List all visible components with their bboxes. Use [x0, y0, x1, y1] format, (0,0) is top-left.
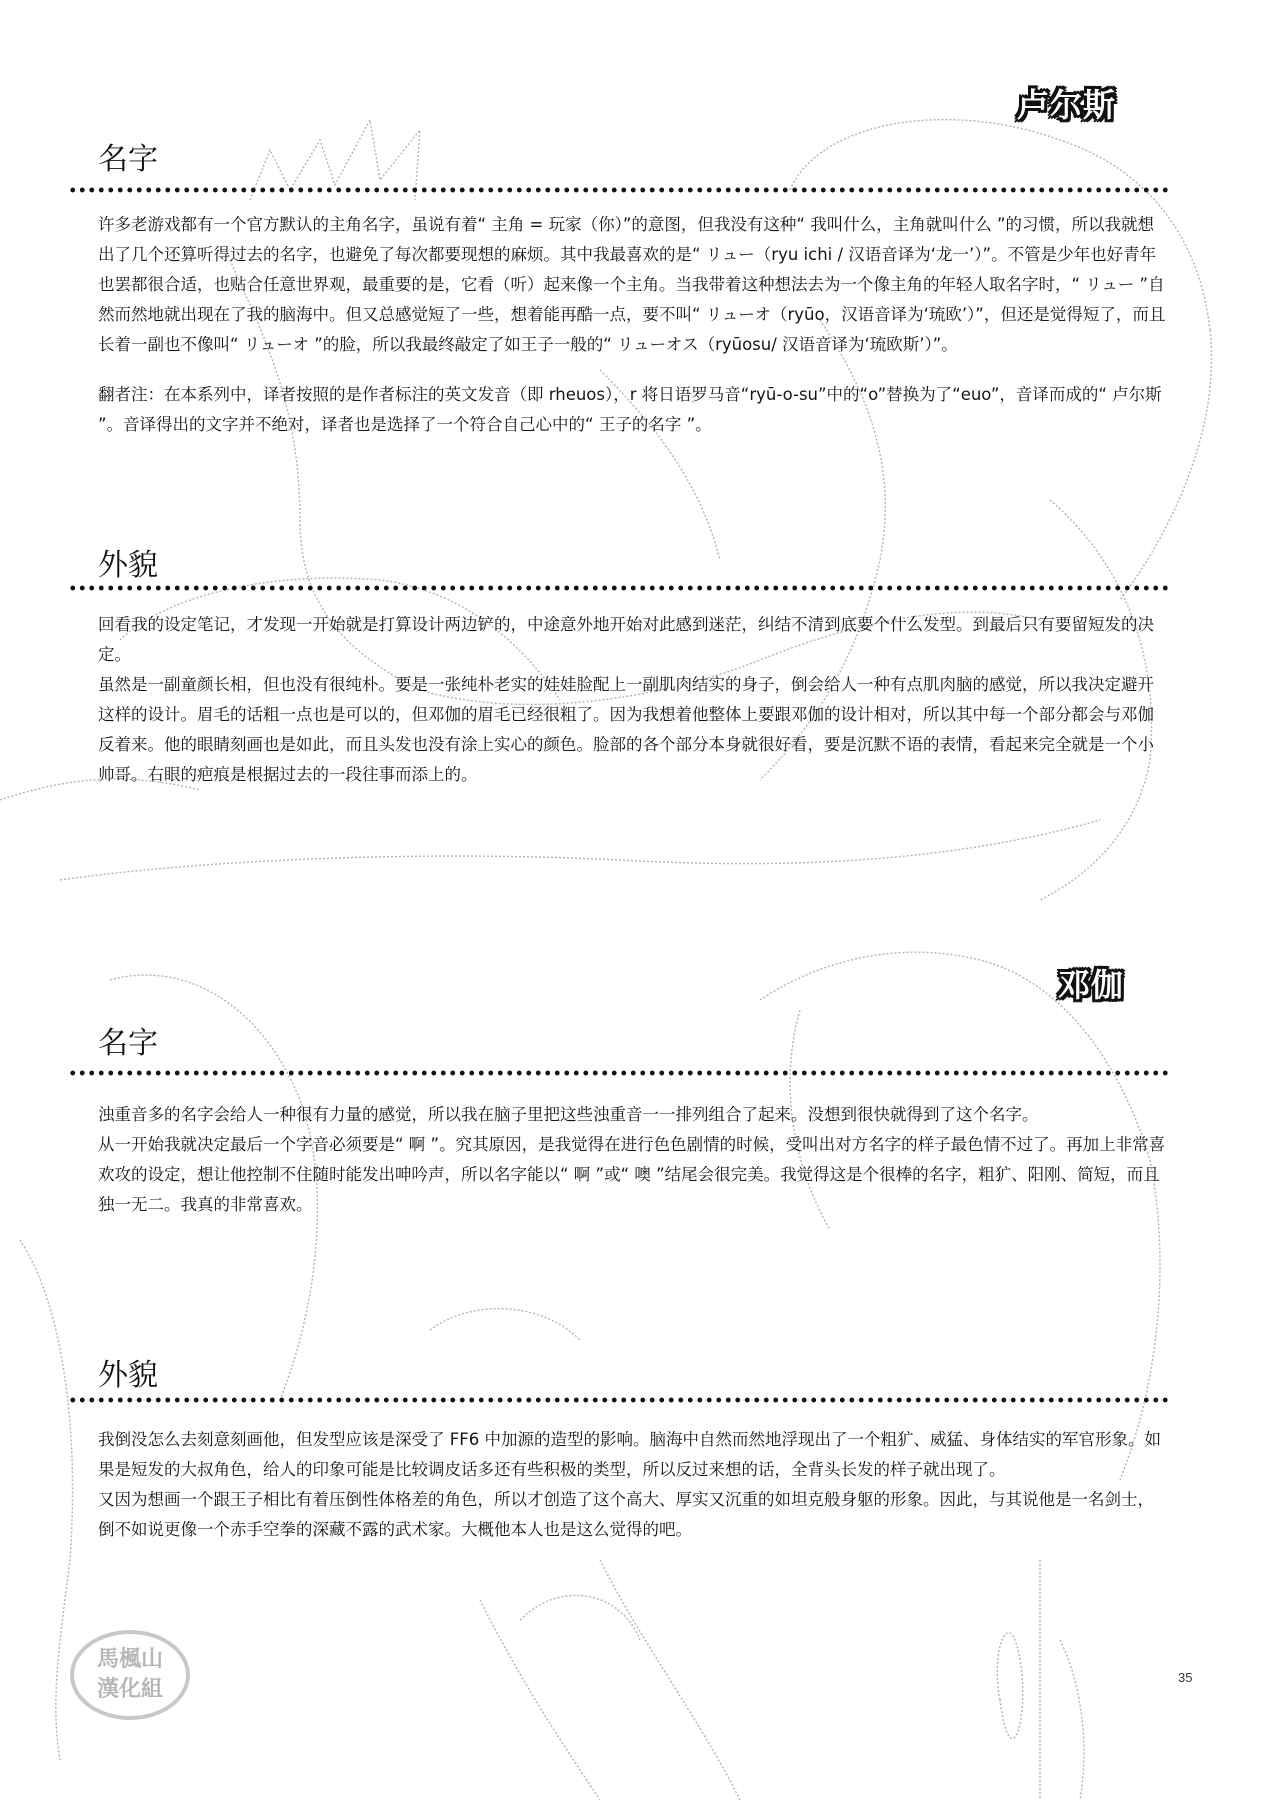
name-description-block: 浊重音多的名字会给人一种很有力量的感觉，所以我在脑子里把这些浊重音一一排列组合了…: [98, 1100, 1168, 1220]
section-heading-appearance: 外貌: [98, 548, 158, 584]
dotted-divider: [68, 187, 1168, 193]
page-number: 35: [1178, 1670, 1192, 1685]
paragraph: 虽然是一副童颜长相，但也没有很纯朴。要是一张纯朴老实的娃娃脸配上一副肌肉结实的身…: [98, 670, 1168, 790]
dotted-divider: [68, 1397, 1168, 1403]
dotted-divider: [68, 1070, 1168, 1076]
section-heading-appearance: 外貌: [98, 1358, 158, 1394]
translator-note-paragraph: 翻者注：在本系列中，译者按照的是作者标注的英文发音（即 rheuos），r 将日…: [98, 380, 1168, 440]
section-heading-name: 名字: [98, 1026, 158, 1062]
dotted-divider: [68, 585, 1168, 591]
character-name-title: 卢尔斯: [1017, 80, 1116, 126]
paragraph: 从一开始我就决定最后一个字音必须要是“ 啊 ”。究其原因，是我觉得在进行色色剧情…: [98, 1130, 1168, 1220]
paragraph: 我倒没怎么去刻意刻画他，但发型应该是深受了 FF6 中加源的造型的影响。脑海中自…: [98, 1425, 1168, 1485]
paragraph: 浊重音多的名字会给人一种很有力量的感觉，所以我在脑子里把这些浊重音一一排列组合了…: [98, 1100, 1168, 1130]
name-description-block: 许多老游戏都有一个官方默认的主角名字，虽说有着“ 主角 = 玩家（你）”的意图，…: [98, 210, 1168, 440]
scanlation-group-stamp: 馬楓山 漢化組: [70, 1630, 190, 1720]
appearance-description-block: 回看我的设定笔记，才发现一开始就是打算设计两边铲的，中途意外地开始对此感到迷茫，…: [98, 610, 1168, 790]
paragraph: 许多老游戏都有一个官方默认的主角名字，虽说有着“ 主角 = 玩家（你）”的意图，…: [98, 210, 1168, 360]
section-heading-name: 名字: [98, 142, 158, 178]
character-name-title: 邓伽: [1058, 960, 1124, 1006]
paragraph: 回看我的设定笔记，才发现一开始就是打算设计两边铲的，中途意外地开始对此感到迷茫，…: [98, 610, 1168, 670]
stamp-line: 漢化組: [74, 1674, 186, 1704]
paragraph: 又因为想画一个跟王子相比有着压倒性体格差的角色，所以才创造了这个高大、厚实又沉重…: [98, 1485, 1168, 1545]
appearance-description-block: 我倒没怎么去刻意刻画他，但发型应该是深受了 FF6 中加源的造型的影响。脑海中自…: [98, 1425, 1168, 1545]
stamp-line: 馬楓山: [74, 1644, 186, 1674]
